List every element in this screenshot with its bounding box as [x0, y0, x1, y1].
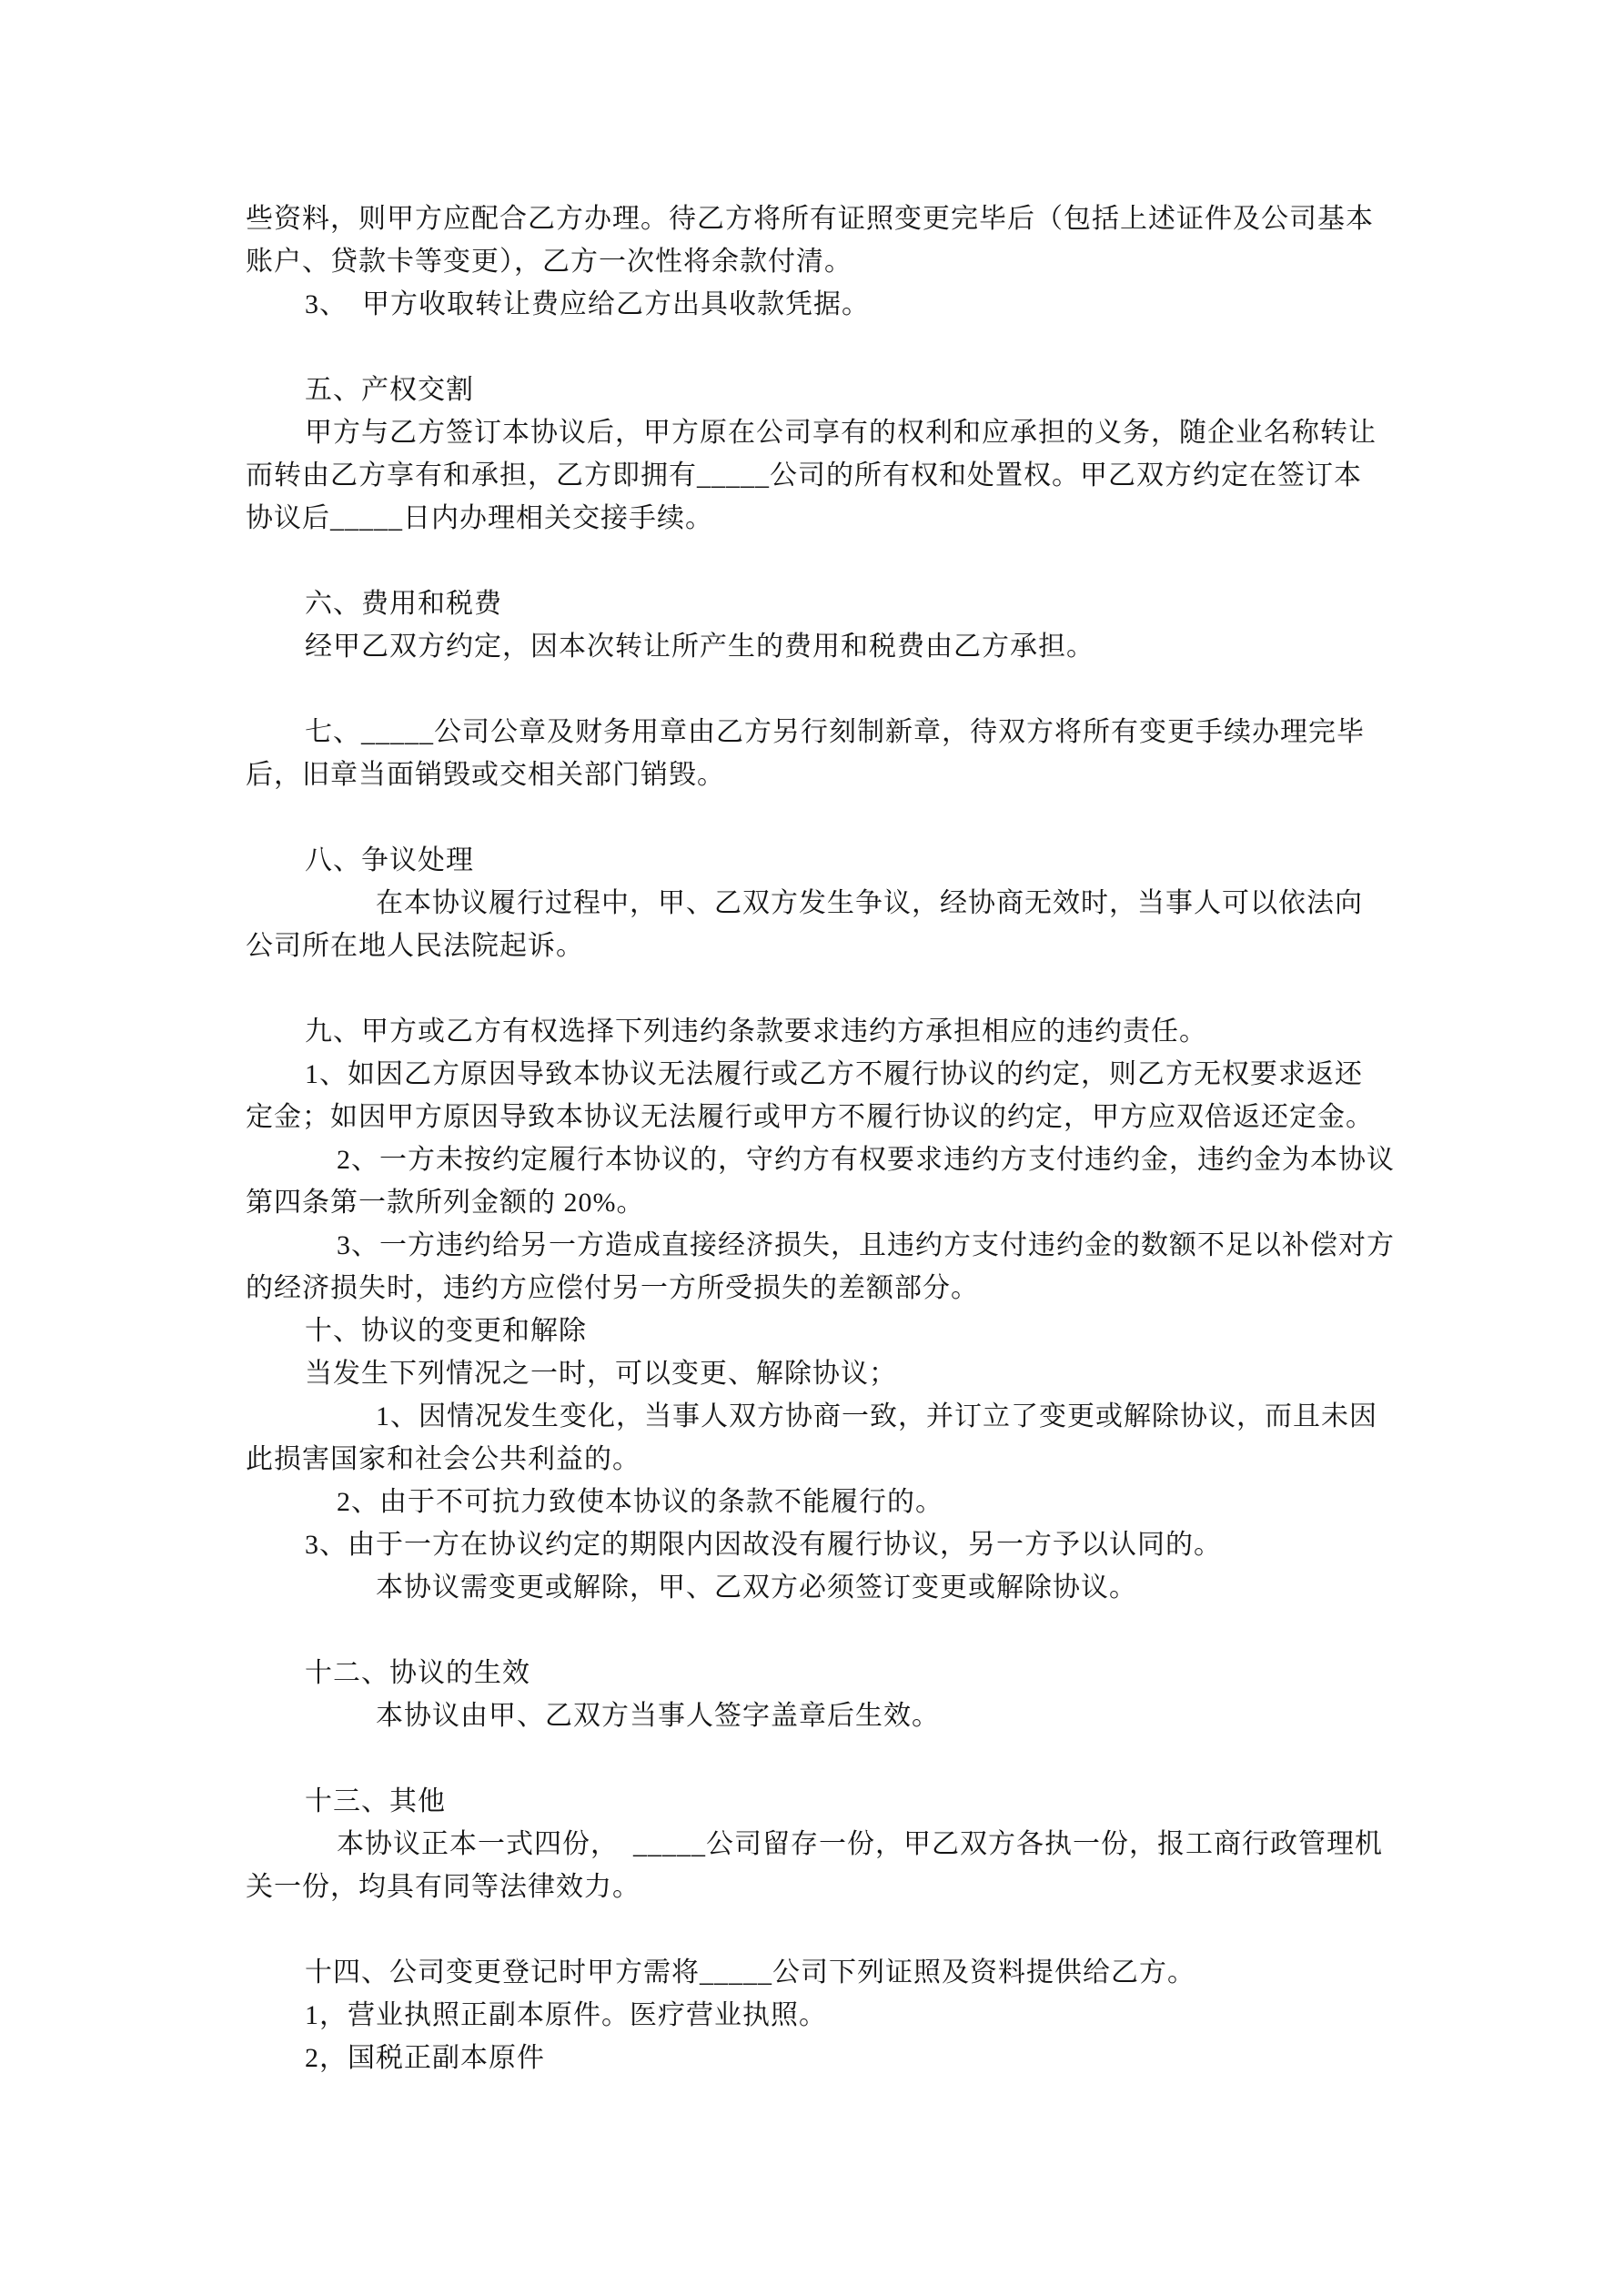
- text-line: 十二、协议的生效: [246, 1652, 1428, 1694]
- text-line: 定金；如因甲方原因导致本协议无法履行或甲方不履行协议的约定，甲方应双倍返还定金。: [246, 1096, 1428, 1138]
- text-line: 十三、其他: [246, 1780, 1428, 1823]
- text-line: 甲方与乙方签订本协议后，甲方原在公司享有的权利和应承担的义务，随企业名称转让: [246, 411, 1428, 454]
- section-12-effectiveness: 十二、协议的生效本协议由甲、乙双方当事人签字盖章后生效。: [246, 1652, 1428, 1737]
- section-14-documents-to-provide: 十四、公司变更登记时甲方需将_____公司下列证照及资料提供给乙方。1，营业执照…: [246, 1951, 1428, 2079]
- text-line: 经甲乙双方约定，因本次转让所产生的费用和税费由乙方承担。: [246, 625, 1428, 668]
- text-line: 六、费用和税费: [246, 582, 1428, 625]
- text-line: 此损害国家和社会公共利益的。: [246, 1438, 1428, 1481]
- text-line: 3、一方违约给另一方造成直接经济损失，且违约方支付违约金的数额不足以补偿对方: [246, 1224, 1428, 1267]
- text-line: 公司所在地人民法院起诉。: [246, 925, 1428, 967]
- text-line: 本协议需变更或解除，甲、乙双方必须签订变更或解除协议。: [246, 1566, 1428, 1609]
- section-13-miscellaneous: 十三、其他本协议正本一式四份， _____公司留存一份，甲乙双方各执一份，报工商…: [246, 1780, 1428, 1908]
- document-page: 些资料，则甲方应配合乙方办理。待乙方将所有证照变更完毕后（包括上述证件及公司基本…: [0, 0, 1624, 2296]
- text-line: 2，国税正副本原件: [246, 2037, 1428, 2079]
- text-line: 些资料，则甲方应配合乙方办理。待乙方将所有证照变更完毕后（包括上述证件及公司基本: [246, 197, 1428, 240]
- text-line: 2、由于不可抗力致使本协议的条款不能履行的。: [246, 1481, 1428, 1523]
- document-body: 些资料，则甲方应配合乙方办理。待乙方将所有证照变更完毕后（包括上述证件及公司基本…: [246, 197, 1428, 2079]
- text-line: 本协议正本一式四份， _____公司留存一份，甲乙双方各执一份，报工商行政管理机: [246, 1823, 1428, 1866]
- text-line: 协议后_____日内办理相关交接手续。: [246, 497, 1428, 540]
- text-line: 关一份，均具有同等法律效力。: [246, 1866, 1428, 1908]
- section-5-property-handover: 五、产权交割甲方与乙方签订本协议后，甲方原在公司享有的权利和应承担的义务，随企业…: [246, 369, 1428, 540]
- section-8-dispute-resolution: 八、争议处理在本协议履行过程中，甲、乙双方发生争议，经协商无效时，当事人可以依法…: [246, 839, 1428, 967]
- text-line: 第四条第一款所列金额的 20%。: [246, 1181, 1428, 1224]
- text-line: 当发生下列情况之一时，可以变更、解除协议；: [246, 1352, 1428, 1395]
- text-line: 3、 甲方收取转让费应给乙方出具收款凭据。: [246, 283, 1428, 326]
- text-line: 在本协议履行过程中，甲、乙双方发生争议，经协商无效时，当事人可以依法向: [246, 882, 1428, 925]
- text-line: 十四、公司变更登记时甲方需将_____公司下列证照及资料提供给乙方。: [246, 1951, 1428, 1994]
- section-7-company-seals: 七、_____公司公章及财务用章由乙方另行刻制新章，待双方将所有变更手续办理完毕…: [246, 711, 1428, 796]
- text-line: 1、如因乙方原因导致本协议无法履行或乙方不履行协议的约定，则乙方无权要求返还: [246, 1053, 1428, 1096]
- text-line: 七、_____公司公章及财务用章由乙方另行刻制新章，待双方将所有变更手续办理完毕: [246, 711, 1428, 754]
- payment-clause-tail: 些资料，则甲方应配合乙方办理。待乙方将所有证照变更完毕后（包括上述证件及公司基本…: [246, 197, 1428, 326]
- text-line: 五、产权交割: [246, 369, 1428, 411]
- text-line: 九、甲方或乙方有权选择下列违约条款要求违约方承担相应的违约责任。: [246, 1010, 1428, 1053]
- text-line: 的经济损失时，违约方应偿付另一方所受损失的差额部分。: [246, 1267, 1428, 1310]
- text-line: 本协议由甲、乙双方当事人签字盖章后生效。: [246, 1694, 1428, 1737]
- text-line: 十、协议的变更和解除: [246, 1310, 1428, 1352]
- text-line: 1、因情况发生变化，当事人双方协商一致，并订立了变更或解除协议，而且未因: [246, 1395, 1428, 1438]
- text-line: 八、争议处理: [246, 839, 1428, 882]
- text-line: 而转由乙方享有和承担，乙方即拥有_____公司的所有权和处置权。甲乙双方约定在签…: [246, 454, 1428, 497]
- text-line: 后，旧章当面销毁或交相关部门销毁。: [246, 754, 1428, 796]
- text-line: 2、一方未按约定履行本协议的，守约方有权要求违约方支付违约金，违约金为本协议: [246, 1138, 1428, 1181]
- section-9-breach-liability-and-section-10-modification: 九、甲方或乙方有权选择下列违约条款要求违约方承担相应的违约责任。1、如因乙方原因…: [246, 1010, 1428, 1609]
- section-6-fees-and-taxes: 六、费用和税费经甲乙双方约定，因本次转让所产生的费用和税费由乙方承担。: [246, 582, 1428, 668]
- text-line: 1，营业执照正副本原件。医疗营业执照。: [246, 1994, 1428, 2037]
- text-line: 账户、贷款卡等变更），乙方一次性将余款付清。: [246, 240, 1428, 283]
- text-line: 3、由于一方在协议约定的期限内因故没有履行协议，另一方予以认同的。: [246, 1523, 1428, 1566]
